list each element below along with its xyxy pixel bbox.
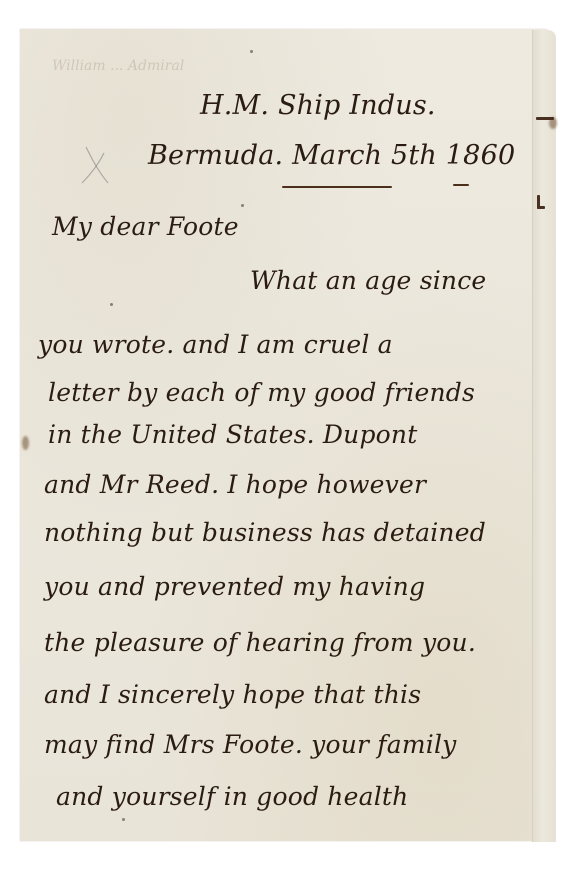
letter-body-line: What an age since — [250, 266, 486, 295]
paper-fold-edge — [532, 30, 556, 842]
letter-body-line: you wrote. and I am cruel a — [38, 330, 393, 359]
ink-stain — [22, 436, 29, 450]
letter-heading-place: H.M. Ship Indus. — [200, 90, 436, 121]
letter-body-line: nothing but business has detained — [44, 518, 486, 547]
pencil-x-mark-icon — [80, 145, 110, 185]
letter-body-line: the pleasure of hearing from you. — [44, 628, 476, 657]
date-year-underline — [453, 184, 469, 186]
paper-speck — [241, 204, 244, 207]
letter-body-line: letter by each of my good friends — [48, 378, 475, 407]
letter-body-line: you and prevented my having — [44, 572, 425, 601]
date-underline — [282, 186, 392, 188]
letter-body-line: and I sincerely hope that this — [44, 680, 421, 709]
letter-heading-date: Bermuda. March 5th 1860 — [148, 140, 515, 171]
pencil-annotation: William ... Admiral — [52, 58, 184, 74]
letter-body-line: and Mr Reed. I hope however — [44, 470, 426, 499]
letter-body-line: may find Mrs Foote. your family — [44, 730, 456, 759]
paper-speck — [122, 818, 125, 821]
letter-body-line: in the United States. Dupont — [48, 420, 417, 449]
margin-ink-mark — [536, 117, 554, 120]
letter-body-line: and yourself in good health — [56, 782, 408, 811]
paper-speck — [250, 50, 253, 53]
margin-ink-mark — [537, 206, 545, 209]
letter-salutation: My dear Foote — [52, 212, 239, 241]
paper-speck — [110, 303, 113, 306]
